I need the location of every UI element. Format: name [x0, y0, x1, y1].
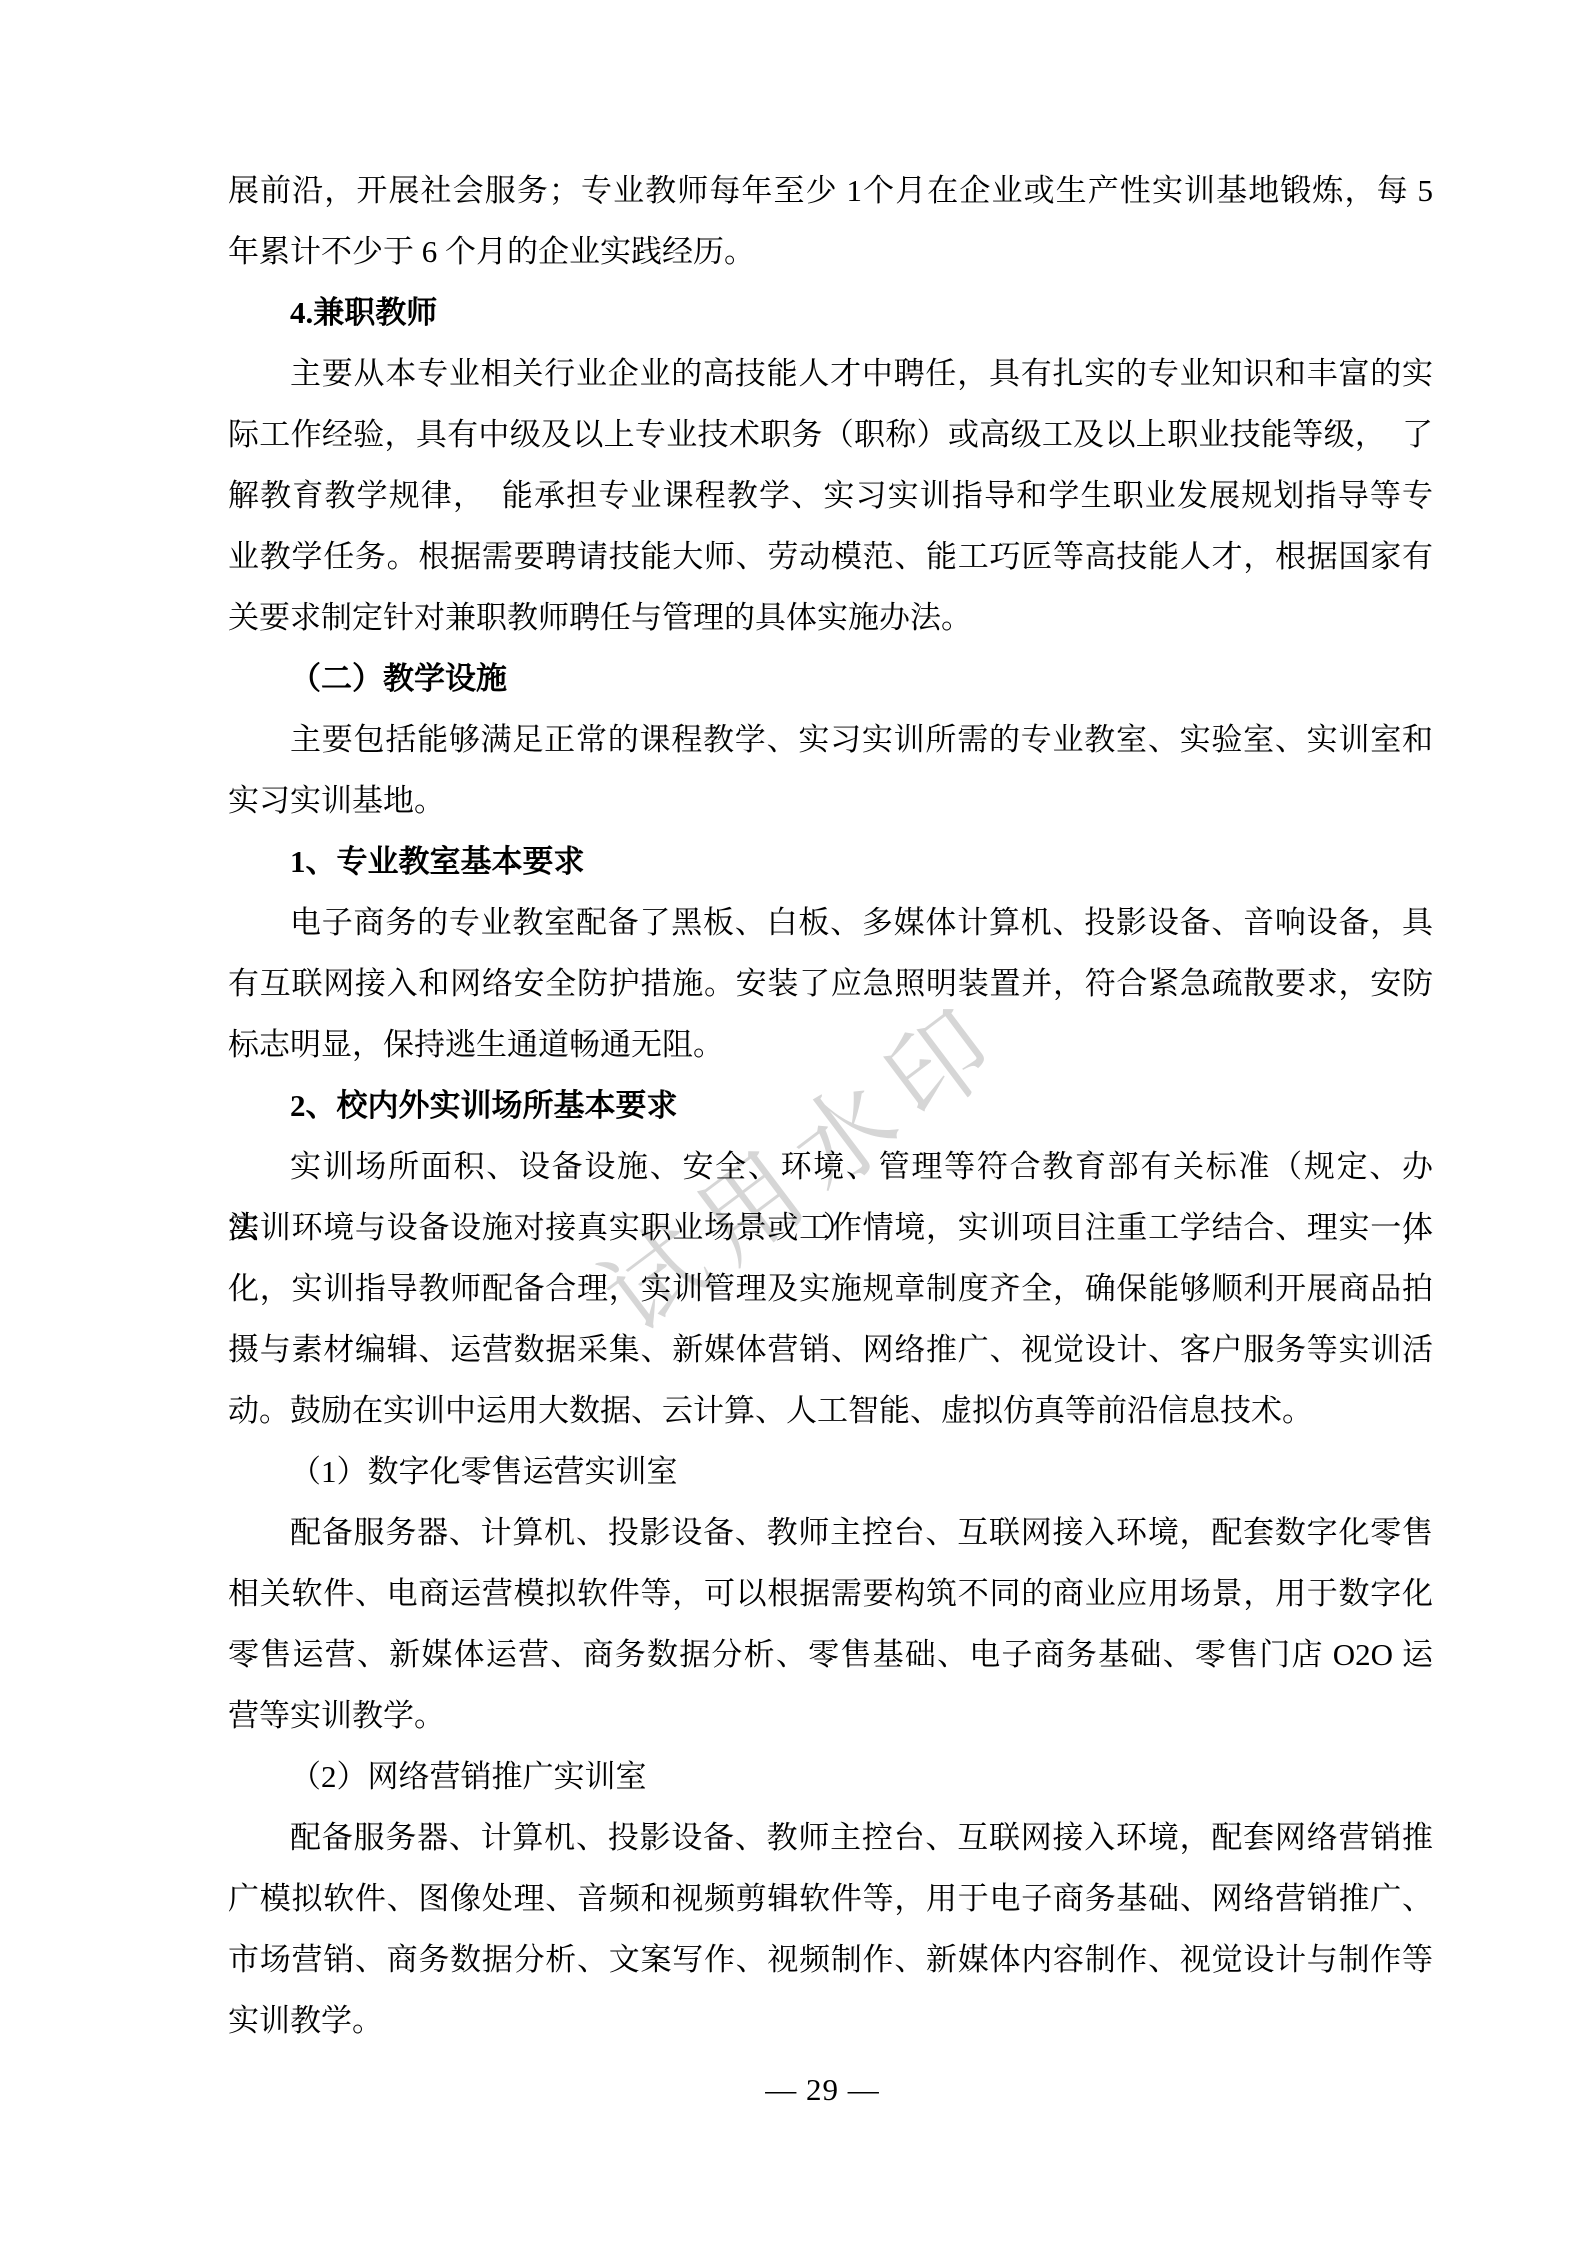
- text-line: 电子商务的专业教室配备了黑板、白板、多媒体计算机、投影设备、音响设备，具: [228, 892, 1433, 953]
- text-line: （2）网络营销推广实训室: [228, 1746, 1433, 1807]
- text-line: 业教学任务。根据需要聘请技能大师、劳动模范、能工巧匠等高技能人才，根据国家有: [228, 526, 1433, 587]
- document-content: 展前沿，开展社会服务；专业教师每年至少 1个月在企业或生产性实训基地锻炼，每 5…: [228, 160, 1433, 2051]
- text-line: 零售运营、新媒体运营、商务数据分析、零售基础、电子商务基础、零售门店 O2O 运: [228, 1624, 1433, 1685]
- text-line: 有互联网接入和网络安全防护措施。安装了应急照明装置并，符合紧急疏散要求，安防: [228, 953, 1433, 1014]
- text-line: 主要从本专业相关行业企业的高技能人才中聘任，具有扎实的专业知识和丰富的实: [228, 343, 1433, 404]
- text-line: 配备服务器、计算机、投影设备、教师主控台、互联网接入环境，配套网络营销推: [228, 1807, 1433, 1868]
- text-line: 实训场所面积、设备设施、安全、环境、管理等符合教育部有关标准（规定、办法），: [228, 1136, 1433, 1197]
- text-line: 实训环境与设备设施对接真实职业场景或工作情境，实训项目注重工学结合、理实一体: [228, 1197, 1433, 1258]
- text-line: 动。鼓励在实训中运用大数据、云计算、人工智能、虚拟仿真等前沿信息技术。: [228, 1380, 1433, 1441]
- text-line: 际工作经验，具有中级及以上专业技术职务（职称）或高级工及以上职业技能等级， 了: [228, 404, 1433, 465]
- text-line: 实训教学。: [228, 1990, 1433, 2051]
- document-page: 试用水印 展前沿，开展社会服务；专业教师每年至少 1个月在企业或生产性实训基地锻…: [0, 0, 1587, 2245]
- text-line: （1）数字化零售运营实训室: [228, 1441, 1433, 1502]
- text-line: 广模拟软件、图像处理、音频和视频剪辑软件等，用于电子商务基础、网络营销推广、: [228, 1868, 1433, 1929]
- text-line: 相关软件、电商运营模拟软件等，可以根据需要构筑不同的商业应用场景，用于数字化: [228, 1563, 1433, 1624]
- section-heading: 2、校内外实训场所基本要求: [228, 1075, 1433, 1136]
- section-heading: （二）教学设施: [228, 648, 1433, 709]
- text-line: 营等实训教学。: [228, 1685, 1433, 1746]
- text-line: 配备服务器、计算机、投影设备、教师主控台、互联网接入环境，配套数字化零售: [228, 1502, 1433, 1563]
- page-number: — 29 —: [0, 2072, 1587, 2108]
- text-line: 年累计不少于 6 个月的企业实践经历。: [228, 221, 1433, 282]
- text-line: 实习实训基地。: [228, 770, 1433, 831]
- text-line: 关要求制定针对兼职教师聘任与管理的具体实施办法。: [228, 587, 1433, 648]
- text-line: 展前沿，开展社会服务；专业教师每年至少 1个月在企业或生产性实训基地锻炼，每 5: [228, 160, 1433, 221]
- text-line: 解教育教学规律， 能承担专业课程教学、实习实训指导和学生职业发展规划指导等专: [228, 465, 1433, 526]
- section-heading: 1、专业教室基本要求: [228, 831, 1433, 892]
- text-line: 市场营销、商务数据分析、文案写作、视频制作、新媒体内容制作、视觉设计与制作等: [228, 1929, 1433, 1990]
- text-line: 标志明显，保持逃生通道畅通无阻。: [228, 1014, 1433, 1075]
- text-line: 摄与素材编辑、运营数据采集、新媒体营销、网络推广、视觉设计、客户服务等实训活: [228, 1319, 1433, 1380]
- text-line: 化，实训指导教师配备合理，实训管理及实施规章制度齐全，确保能够顺利开展商品拍: [228, 1258, 1433, 1319]
- text-line: 主要包括能够满足正常的课程教学、实习实训所需的专业教室、实验室、实训室和: [228, 709, 1433, 770]
- section-heading: 4.兼职教师: [228, 282, 1433, 343]
